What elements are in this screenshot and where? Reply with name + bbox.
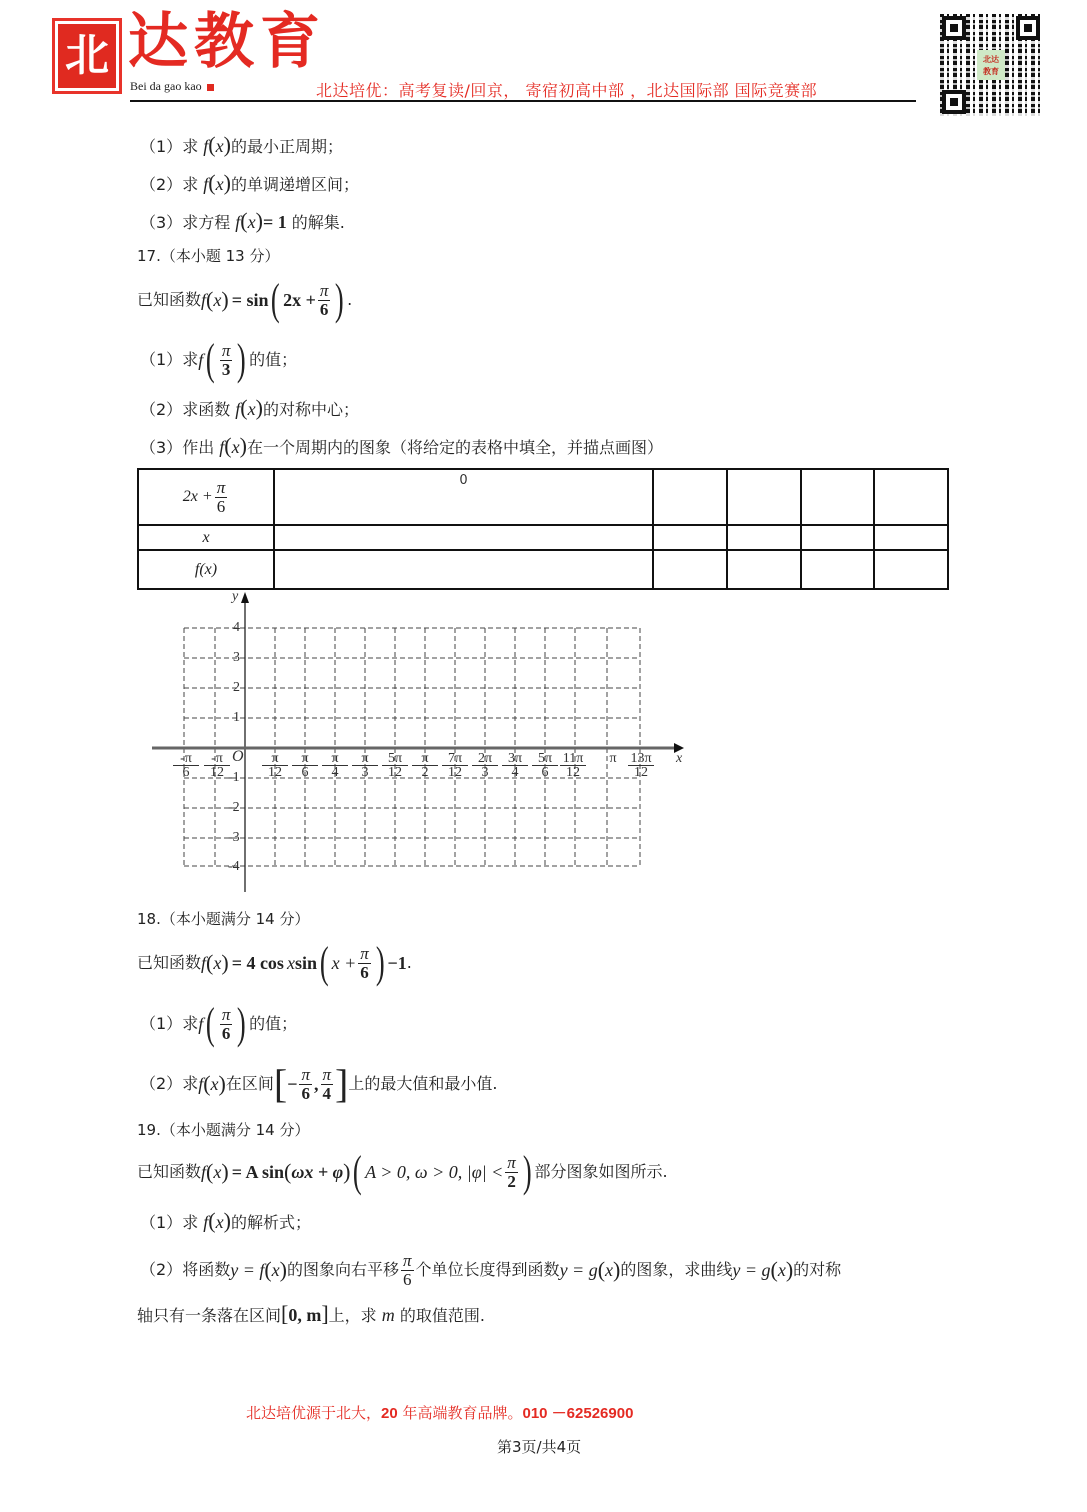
- part-text: 求: [182, 175, 203, 194]
- part-text: 的最小正周期；: [231, 137, 343, 156]
- value-table: 2x +π6 0 x f(x): [137, 468, 949, 590]
- part-text: 求函数: [182, 400, 235, 419]
- y-tick: 2: [233, 681, 240, 695]
- part-text: 将函数: [182, 1260, 230, 1280]
- part-text: 的对称: [793, 1260, 841, 1280]
- fraction: π6: [358, 945, 371, 982]
- footer-ad-text: 年高端教育品牌。: [398, 1404, 523, 1422]
- qr-center-text: 北达: [977, 53, 1005, 65]
- x-tick: π2: [412, 752, 438, 780]
- equation-rhs: = sin: [232, 290, 269, 310]
- part-text: 的值；: [249, 350, 297, 370]
- conditions: A > 0, ω > 0, |φ| <: [365, 1162, 503, 1182]
- grid-svg: [150, 590, 690, 895]
- frac-den: 6: [403, 1271, 412, 1289]
- tick-den: 6: [292, 766, 318, 780]
- table-cell[interactable]: [274, 550, 653, 589]
- q18-function-def: 已知函数 f(x)= 4 cosx sin(x +π6)−1.: [137, 939, 412, 987]
- intro-text: 已知函数: [137, 290, 201, 310]
- func-arg: x: [778, 1260, 786, 1280]
- logo-mark: 北: [52, 18, 122, 94]
- header-tagline: 北达培优：高考复读/回京， 寄宿初高中部 ，北达国际部 国际竞赛部: [316, 78, 817, 101]
- table-cell[interactable]: [727, 469, 801, 525]
- q17-part-1: （1）求 f(π3)的值；: [140, 336, 297, 384]
- frac-num: π: [220, 342, 233, 361]
- frac-den: 6: [302, 1085, 311, 1103]
- table-cell[interactable]: [653, 525, 727, 550]
- tick-num: π: [609, 751, 616, 766]
- row-header-text: 2x +: [183, 488, 213, 505]
- func-expr: y = g: [732, 1260, 770, 1280]
- x-tick: π3: [352, 752, 378, 780]
- q16-part-2: （2）求 f(x)的单调递增区间；: [140, 173, 359, 195]
- x-axis-label: x: [676, 752, 682, 766]
- func-arg: x: [213, 953, 221, 973]
- frac-den: 4: [323, 1085, 332, 1103]
- tick-num: 2π: [472, 752, 498, 766]
- x-tick: π4: [322, 752, 348, 780]
- x-tick: 7π12: [442, 752, 468, 780]
- y-tick: 3: [233, 651, 240, 665]
- var-m: m: [382, 1305, 395, 1325]
- frac-den: 6: [320, 301, 329, 319]
- func-arg: x: [248, 399, 256, 419]
- table-cell[interactable]: [801, 550, 875, 589]
- equation-tail: −1: [387, 953, 406, 973]
- frac-num: π: [358, 945, 371, 964]
- table-cell[interactable]: [801, 469, 875, 525]
- part-number: （1）: [140, 350, 182, 370]
- fraction: π6: [318, 282, 331, 319]
- tick-den: 12: [628, 766, 654, 780]
- interval: 0, m: [288, 1305, 321, 1325]
- table-row: 2x +π6 0: [138, 469, 948, 525]
- table-cell[interactable]: [801, 525, 875, 550]
- qr-finder-icon: [1016, 16, 1040, 40]
- x-tick: 5π12: [382, 752, 408, 780]
- tick-den: 12: [560, 766, 586, 780]
- qr-center-text: 教育: [977, 65, 1005, 77]
- frac-num: π: [220, 1006, 233, 1025]
- y-tick: -4: [228, 860, 240, 874]
- func-arg: x: [248, 212, 256, 232]
- row-header-fx: f(x): [138, 550, 274, 589]
- frac-den: 3: [222, 361, 231, 379]
- qr-finder-icon: [942, 16, 966, 40]
- table-row: f(x): [138, 550, 948, 589]
- part-text: 轴只有一条落在区间: [137, 1306, 281, 1325]
- tick-den: 12: [204, 766, 230, 780]
- part-text: 求: [182, 1074, 198, 1094]
- part-text: 求: [182, 137, 203, 156]
- table-cell[interactable]: [727, 550, 801, 589]
- part-text: 部分图象如图所示.: [534, 1162, 667, 1182]
- page-number: 第3页/共4页: [497, 1436, 581, 1457]
- x-tick: π: [600, 752, 626, 766]
- logo-text: 达教育: [128, 12, 326, 72]
- footer-ad-text: 北达培优源于北大，: [246, 1404, 381, 1422]
- tick-num: 11π: [560, 752, 586, 766]
- tick-den: 12: [262, 766, 288, 780]
- intro-text: 已知函数: [137, 953, 201, 973]
- part-text: 在区间: [226, 1074, 274, 1094]
- fraction: π6: [299, 1066, 312, 1103]
- tick-den: 3: [472, 766, 498, 780]
- x-tick: 3π4: [502, 752, 528, 780]
- fraction: π6: [220, 1006, 233, 1043]
- frac-num: π: [299, 1066, 312, 1085]
- fraction: π6: [215, 479, 228, 516]
- footer-phone: 010 －62526900: [522, 1405, 633, 1422]
- tick-num: 5π: [532, 752, 558, 766]
- table-cell[interactable]: [653, 469, 727, 525]
- tick-den: 6: [173, 766, 199, 780]
- func-arg: x: [213, 290, 221, 310]
- func-expr: y = f: [230, 1260, 264, 1280]
- period: .: [407, 953, 412, 973]
- period: .: [347, 290, 352, 310]
- q17-part-3: （3）作出 f(x)在一个周期内的图象（将给定的表格中填全，并描点画图）: [140, 436, 663, 458]
- sin-text: sin: [295, 953, 317, 973]
- equation-inner: x +: [332, 953, 357, 973]
- x-tick: 5π6: [532, 752, 558, 780]
- x-tick: 2π3: [472, 752, 498, 780]
- table-cell[interactable]: [874, 525, 948, 550]
- frac-num: π: [215, 479, 228, 498]
- tick-num: π: [412, 752, 438, 766]
- y-tick: 4: [233, 621, 240, 635]
- equation-value: = 1: [263, 212, 287, 232]
- func-arg: x: [272, 1260, 280, 1280]
- func-arg: x: [232, 437, 240, 457]
- y-axis-label: y: [232, 590, 238, 604]
- fraction: π3: [220, 342, 233, 379]
- part-text: 上，求: [329, 1306, 382, 1325]
- table-cell[interactable]: [874, 550, 948, 589]
- logo-subtitle: Bei da gao kao: [130, 79, 214, 94]
- x-tick: -π6: [173, 752, 199, 780]
- red-square-icon: [207, 84, 214, 91]
- q19-title: 19.（本小题满分 14 分）: [137, 1120, 309, 1140]
- tick-den: 12: [382, 766, 408, 780]
- part-text: 作出: [182, 438, 219, 457]
- q16-part-1: （1）求 f(x)的最小正周期；: [140, 135, 343, 157]
- equation-inner: ωx + φ: [291, 1162, 343, 1182]
- y-tick: -3: [228, 831, 240, 845]
- q18-part-2: （2）求 f(x)在区间[−π6,π4]上的最大值和最小值.: [140, 1058, 497, 1110]
- part-text: 的解析式；: [231, 1213, 311, 1232]
- q19-function-def: 已知函数 f(x)= A sin(ωx + φ)(A > 0, ω > 0, |…: [137, 1148, 668, 1196]
- part-number: （2）: [140, 400, 182, 419]
- part-number: （1）: [140, 1213, 182, 1232]
- frac-num: π: [321, 1066, 334, 1085]
- part-text: 的解集.: [287, 213, 345, 232]
- part-text: 求: [182, 1213, 203, 1232]
- part-text: 的取值范围.: [395, 1306, 485, 1325]
- var-x: x: [287, 953, 295, 973]
- part-text: 个单位长度得到函数: [416, 1260, 560, 1280]
- part-text: 在一个周期内的图象（将给定的表格中填全，并描点画图）: [247, 438, 663, 457]
- func-name: f: [198, 350, 203, 370]
- logo-subtitle-text: Bei da gao kao: [130, 79, 202, 93]
- fraction: π6: [401, 1252, 414, 1289]
- q19-part-1: （1）求 f(x)的解析式；: [140, 1211, 311, 1233]
- frac-num: π: [401, 1252, 414, 1271]
- tick-den: 6: [532, 766, 558, 780]
- tick-num: π: [352, 752, 378, 766]
- table-cell[interactable]: 0: [274, 469, 653, 525]
- func-arg: x: [605, 1260, 613, 1280]
- tick-num: -π: [173, 752, 199, 766]
- q19-part-2-cont: 轴只有一条落在区间[0, m]上，求 m 的取值范围.: [137, 1304, 485, 1326]
- x-tick: -π12: [204, 752, 230, 780]
- y-tick: -2: [228, 801, 240, 815]
- frac-num: π: [505, 1154, 518, 1173]
- func-arg: x: [216, 136, 224, 156]
- tick-den: 4: [502, 766, 528, 780]
- tick-num: -π: [204, 752, 230, 766]
- func-name: f: [198, 1014, 203, 1034]
- x-tick: 13π12: [628, 752, 654, 780]
- equation-rhs: = 4 cos: [232, 953, 284, 973]
- part-number: （2）: [140, 1260, 182, 1280]
- x-tick: π12: [262, 752, 288, 780]
- footer-advertisement: 北达培优源于北大，20 年高端教育品牌。010 －62526900: [246, 1402, 633, 1423]
- origin-label: O: [232, 750, 244, 764]
- part-text: 求: [182, 350, 198, 370]
- row-header-x: x: [138, 525, 274, 550]
- func-arg: x: [213, 1162, 221, 1182]
- part-text: 的图象，求曲线: [620, 1260, 732, 1280]
- fraction: π2: [505, 1154, 518, 1191]
- part-text: 求方程: [182, 213, 235, 232]
- footer-ad-years: 20: [381, 1405, 398, 1422]
- part-text: 的值；: [249, 1014, 297, 1034]
- part-text: 的对称中心；: [263, 400, 359, 419]
- func-arg: x: [216, 174, 224, 194]
- x-tick: 11π12: [560, 752, 586, 780]
- header-divider: [130, 100, 916, 102]
- q17-function-def: 已知函数 f(x)= sin(2x +π6).: [137, 276, 352, 324]
- tick-den: 12: [442, 766, 468, 780]
- table-cell[interactable]: [274, 525, 653, 550]
- part-text: 求: [182, 1014, 198, 1034]
- tick-num: π: [262, 752, 288, 766]
- part-number: （1）: [140, 137, 182, 156]
- frac-den: 6: [222, 1025, 231, 1043]
- row-header-phase: 2x +π6: [138, 469, 274, 525]
- tick-den: 4: [322, 766, 348, 780]
- qr-center-logo: 北达教育: [977, 50, 1005, 80]
- func-arg: x: [211, 1074, 219, 1094]
- table-cell[interactable]: [874, 469, 948, 525]
- x-tick: π6: [292, 752, 318, 780]
- logo-char: 北: [58, 24, 116, 88]
- func-arg: x: [216, 1212, 224, 1232]
- table-cell[interactable]: [727, 525, 801, 550]
- tick-num: π: [292, 752, 318, 766]
- part-number: （2）: [140, 1074, 182, 1094]
- frac-den: 2: [507, 1173, 516, 1191]
- tick-num: π: [322, 752, 348, 766]
- y-axis-arrow-icon: [241, 592, 249, 603]
- frac-den: 6: [360, 964, 369, 982]
- q19-part-2: （2）将函数 y = f(x)的图象向右平移π6个单位长度得到函数 y = g(…: [140, 1248, 841, 1292]
- part-text: 的图象向右平移: [287, 1260, 399, 1280]
- coordinate-grid-chart: y x O 4 3 2 1 -1 -2 -3 -4 -π6 -π12 π12 π…: [150, 590, 690, 895]
- part-number: （2）: [140, 175, 182, 194]
- qr-finder-icon: [942, 90, 966, 114]
- table-cell[interactable]: [653, 550, 727, 589]
- part-number: （3）: [140, 213, 182, 232]
- equation-rhs: = A sin: [232, 1162, 284, 1182]
- tick-den: 2: [412, 766, 438, 780]
- part-number: （3）: [140, 438, 182, 457]
- part-number: （1）: [140, 1014, 182, 1034]
- tick-den: 3: [352, 766, 378, 780]
- qr-code-icon: 北达教育: [940, 14, 1042, 116]
- table-row: x: [138, 525, 948, 550]
- part-text: 上的最大值和最小值.: [348, 1074, 497, 1094]
- q18-title: 18.（本小题满分 14 分）: [137, 909, 309, 929]
- tick-num: 5π: [382, 752, 408, 766]
- fraction: π4: [321, 1066, 334, 1103]
- equation-inner: 2x +: [283, 290, 316, 310]
- func-expr: y = g: [560, 1260, 598, 1280]
- q18-part-1: （1）求 f(π6)的值；: [140, 1000, 297, 1048]
- q17-part-2: （2）求函数 f(x)的对称中心；: [140, 398, 359, 420]
- y-tick: 1: [233, 711, 240, 725]
- tick-num: 3π: [502, 752, 528, 766]
- intro-text: 已知函数: [137, 1162, 201, 1182]
- frac-den: 6: [217, 498, 226, 516]
- frac-num: π: [318, 282, 331, 301]
- q17-title: 17.（本小题 13 分）: [137, 246, 279, 266]
- part-text: 的单调递增区间；: [231, 175, 359, 194]
- tick-num: 7π: [442, 752, 468, 766]
- q16-part-3: （3）求方程 f(x)= 1 的解集.: [140, 211, 345, 233]
- tick-num: 13π: [628, 752, 654, 766]
